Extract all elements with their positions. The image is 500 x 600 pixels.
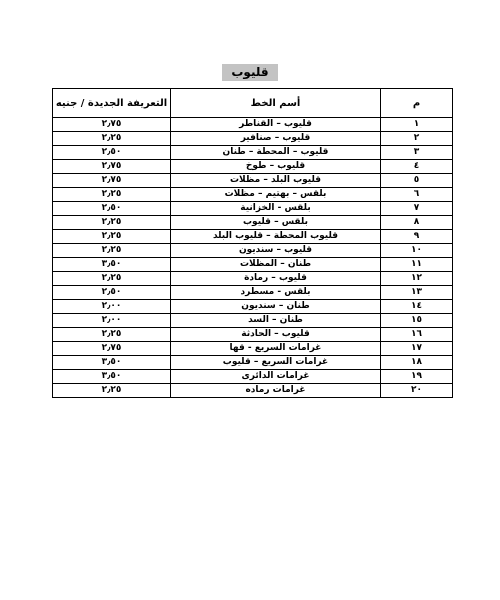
table-row: ١٢قليوب – رمادة٢٫٢٥ bbox=[53, 272, 453, 286]
row-number-cell: ١٤ bbox=[381, 300, 453, 314]
row-number-cell: ٧ bbox=[381, 202, 453, 216]
table-row: ١٧غرامات السريع - قها٢٫٧٥ bbox=[53, 342, 453, 356]
fare-value-cell: ٢٫٢٥ bbox=[53, 132, 171, 146]
fare-value-cell: ٢٫٧٥ bbox=[53, 174, 171, 188]
line-name-cell: قليوب – رمادة bbox=[171, 272, 381, 286]
row-number-cell: ١٠ bbox=[381, 244, 453, 258]
fare-value-cell: ٢٫٢٥ bbox=[53, 272, 171, 286]
fare-value-cell: ٢٫٢٥ bbox=[53, 328, 171, 342]
row-number-cell: ٤ bbox=[381, 160, 453, 174]
line-name-cell: قليوب البلد – مظلات bbox=[171, 174, 381, 188]
fare-table: م أسم الخط التعريفة الجديدة / جنيه ١قليو… bbox=[52, 88, 453, 398]
fare-value-cell: ٢٫٧٥ bbox=[53, 342, 171, 356]
line-name-cell: غرامات السريع – قليوب bbox=[171, 356, 381, 370]
table-row: ٦بلقس – بهتيم – مظلات٢٫٢٥ bbox=[53, 188, 453, 202]
page-title: قليوب bbox=[222, 64, 277, 81]
fare-value-cell: ٢٫٥٠ bbox=[53, 146, 171, 160]
fare-value-cell: ٢٫٠٠ bbox=[53, 300, 171, 314]
table-row: ١٠قليوب – سنديون٢٫٢٥ bbox=[53, 244, 453, 258]
header-row: م أسم الخط التعريفة الجديدة / جنيه bbox=[53, 89, 453, 118]
row-number-cell: ١٣ bbox=[381, 286, 453, 300]
table-row: ١٥طنان – السد٢٫٠٠ bbox=[53, 314, 453, 328]
row-number-cell: ١٩ bbox=[381, 370, 453, 384]
row-number-cell: ١١ bbox=[381, 258, 453, 272]
table-row: ٩قليوب المحطة – قليوب البلد٢٫٢٥ bbox=[53, 230, 453, 244]
row-number-cell: ١٢ bbox=[381, 272, 453, 286]
table-row: ٤قليوب – طوخ٢٫٧٥ bbox=[53, 160, 453, 174]
row-number-cell: ٨ bbox=[381, 216, 453, 230]
line-name-cell: طنان – سنديون bbox=[171, 300, 381, 314]
fare-table-header: م أسم الخط التعريفة الجديدة / جنيه bbox=[53, 89, 453, 118]
col-header-fare: التعريفة الجديدة / جنيه bbox=[53, 89, 171, 118]
col-header-number: م bbox=[381, 89, 453, 118]
row-number-cell: ٦ bbox=[381, 188, 453, 202]
line-name-cell: قليوب – الحادثة bbox=[171, 328, 381, 342]
line-name-cell: غرامات الدائرى bbox=[171, 370, 381, 384]
row-number-cell: ٣ bbox=[381, 146, 453, 160]
fare-value-cell: ٢٫٢٥ bbox=[53, 216, 171, 230]
table-row: ٢٠غرامات رماده٢٫٢٥ bbox=[53, 384, 453, 398]
line-name-cell: طنان – السد bbox=[171, 314, 381, 328]
line-name-cell: بلقس – قليوب bbox=[171, 216, 381, 230]
table-row: ١٩غرامات الدائرى٣٫٥٠ bbox=[53, 370, 453, 384]
row-number-cell: ٥ bbox=[381, 174, 453, 188]
row-number-cell: ١٦ bbox=[381, 328, 453, 342]
table-row: ٣قليوب – المحطة – طنان٢٫٥٠ bbox=[53, 146, 453, 160]
col-header-line-name: أسم الخط bbox=[171, 89, 381, 118]
table-row: ٨بلقس – قليوب٢٫٢٥ bbox=[53, 216, 453, 230]
fare-value-cell: ٣٫٥٠ bbox=[53, 370, 171, 384]
line-name-cell: بلقس – بهتيم – مظلات bbox=[171, 188, 381, 202]
line-name-cell: قليوب المحطة – قليوب البلد bbox=[171, 230, 381, 244]
title-row: قليوب bbox=[0, 61, 500, 81]
row-number-cell: ٩ bbox=[381, 230, 453, 244]
line-name-cell: قليوب – سنديون bbox=[171, 244, 381, 258]
table-row: ٧بلقس - الخزانية٢٫٥٠ bbox=[53, 202, 453, 216]
fare-value-cell: ٢٫٢٥ bbox=[53, 384, 171, 398]
line-name-cell: بلقس - الخزانية bbox=[171, 202, 381, 216]
fare-value-cell: ٢٫٧٥ bbox=[53, 160, 171, 174]
table-row: ١قليوب – القناطر٢٫٧٥ bbox=[53, 118, 453, 132]
fare-value-cell: ٢٫٧٥ bbox=[53, 118, 171, 132]
table-row: ١٣بلقس - مسطرد٢٫٥٠ bbox=[53, 286, 453, 300]
fare-value-cell: ٢٫٠٠ bbox=[53, 314, 171, 328]
row-number-cell: ١٨ bbox=[381, 356, 453, 370]
table-row: ٢قليوب – صنافير٢٫٢٥ bbox=[53, 132, 453, 146]
line-name-cell: قليوب – صنافير bbox=[171, 132, 381, 146]
line-name-cell: غرامات السريع - قها bbox=[171, 342, 381, 356]
document-page: قليوب م أسم الخط التعريفة الجديدة / جنيه… bbox=[0, 0, 500, 600]
fare-value-cell: ٢٫٥٠ bbox=[53, 286, 171, 300]
row-number-cell: ٢٠ bbox=[381, 384, 453, 398]
row-number-cell: ١ bbox=[381, 118, 453, 132]
table-row: ١٤طنان – سنديون٢٫٠٠ bbox=[53, 300, 453, 314]
line-name-cell: قليوب – المحطة – طنان bbox=[171, 146, 381, 160]
fare-value-cell: ٣٫٥٠ bbox=[53, 258, 171, 272]
row-number-cell: ١٥ bbox=[381, 314, 453, 328]
fare-value-cell: ٢٫٥٠ bbox=[53, 202, 171, 216]
table-row: ١٨غرامات السريع – قليوب٣٫٥٠ bbox=[53, 356, 453, 370]
line-name-cell: طنان – المظلات bbox=[171, 258, 381, 272]
fare-value-cell: ٢٫٢٥ bbox=[53, 230, 171, 244]
line-name-cell: غرامات رماده bbox=[171, 384, 381, 398]
line-name-cell: قليوب – طوخ bbox=[171, 160, 381, 174]
fare-value-cell: ٣٫٥٠ bbox=[53, 356, 171, 370]
line-name-cell: قليوب – القناطر bbox=[171, 118, 381, 132]
table-row: ١١طنان – المظلات٣٫٥٠ bbox=[53, 258, 453, 272]
line-name-cell: بلقس - مسطرد bbox=[171, 286, 381, 300]
fare-table-body: ١قليوب – القناطر٢٫٧٥٢قليوب – صنافير٢٫٢٥٣… bbox=[53, 118, 453, 398]
fare-value-cell: ٢٫٢٥ bbox=[53, 188, 171, 202]
row-number-cell: ٢ bbox=[381, 132, 453, 146]
fare-value-cell: ٢٫٢٥ bbox=[53, 244, 171, 258]
table-row: ١٦قليوب – الحادثة٢٫٢٥ bbox=[53, 328, 453, 342]
row-number-cell: ١٧ bbox=[381, 342, 453, 356]
table-row: ٥قليوب البلد – مظلات٢٫٧٥ bbox=[53, 174, 453, 188]
